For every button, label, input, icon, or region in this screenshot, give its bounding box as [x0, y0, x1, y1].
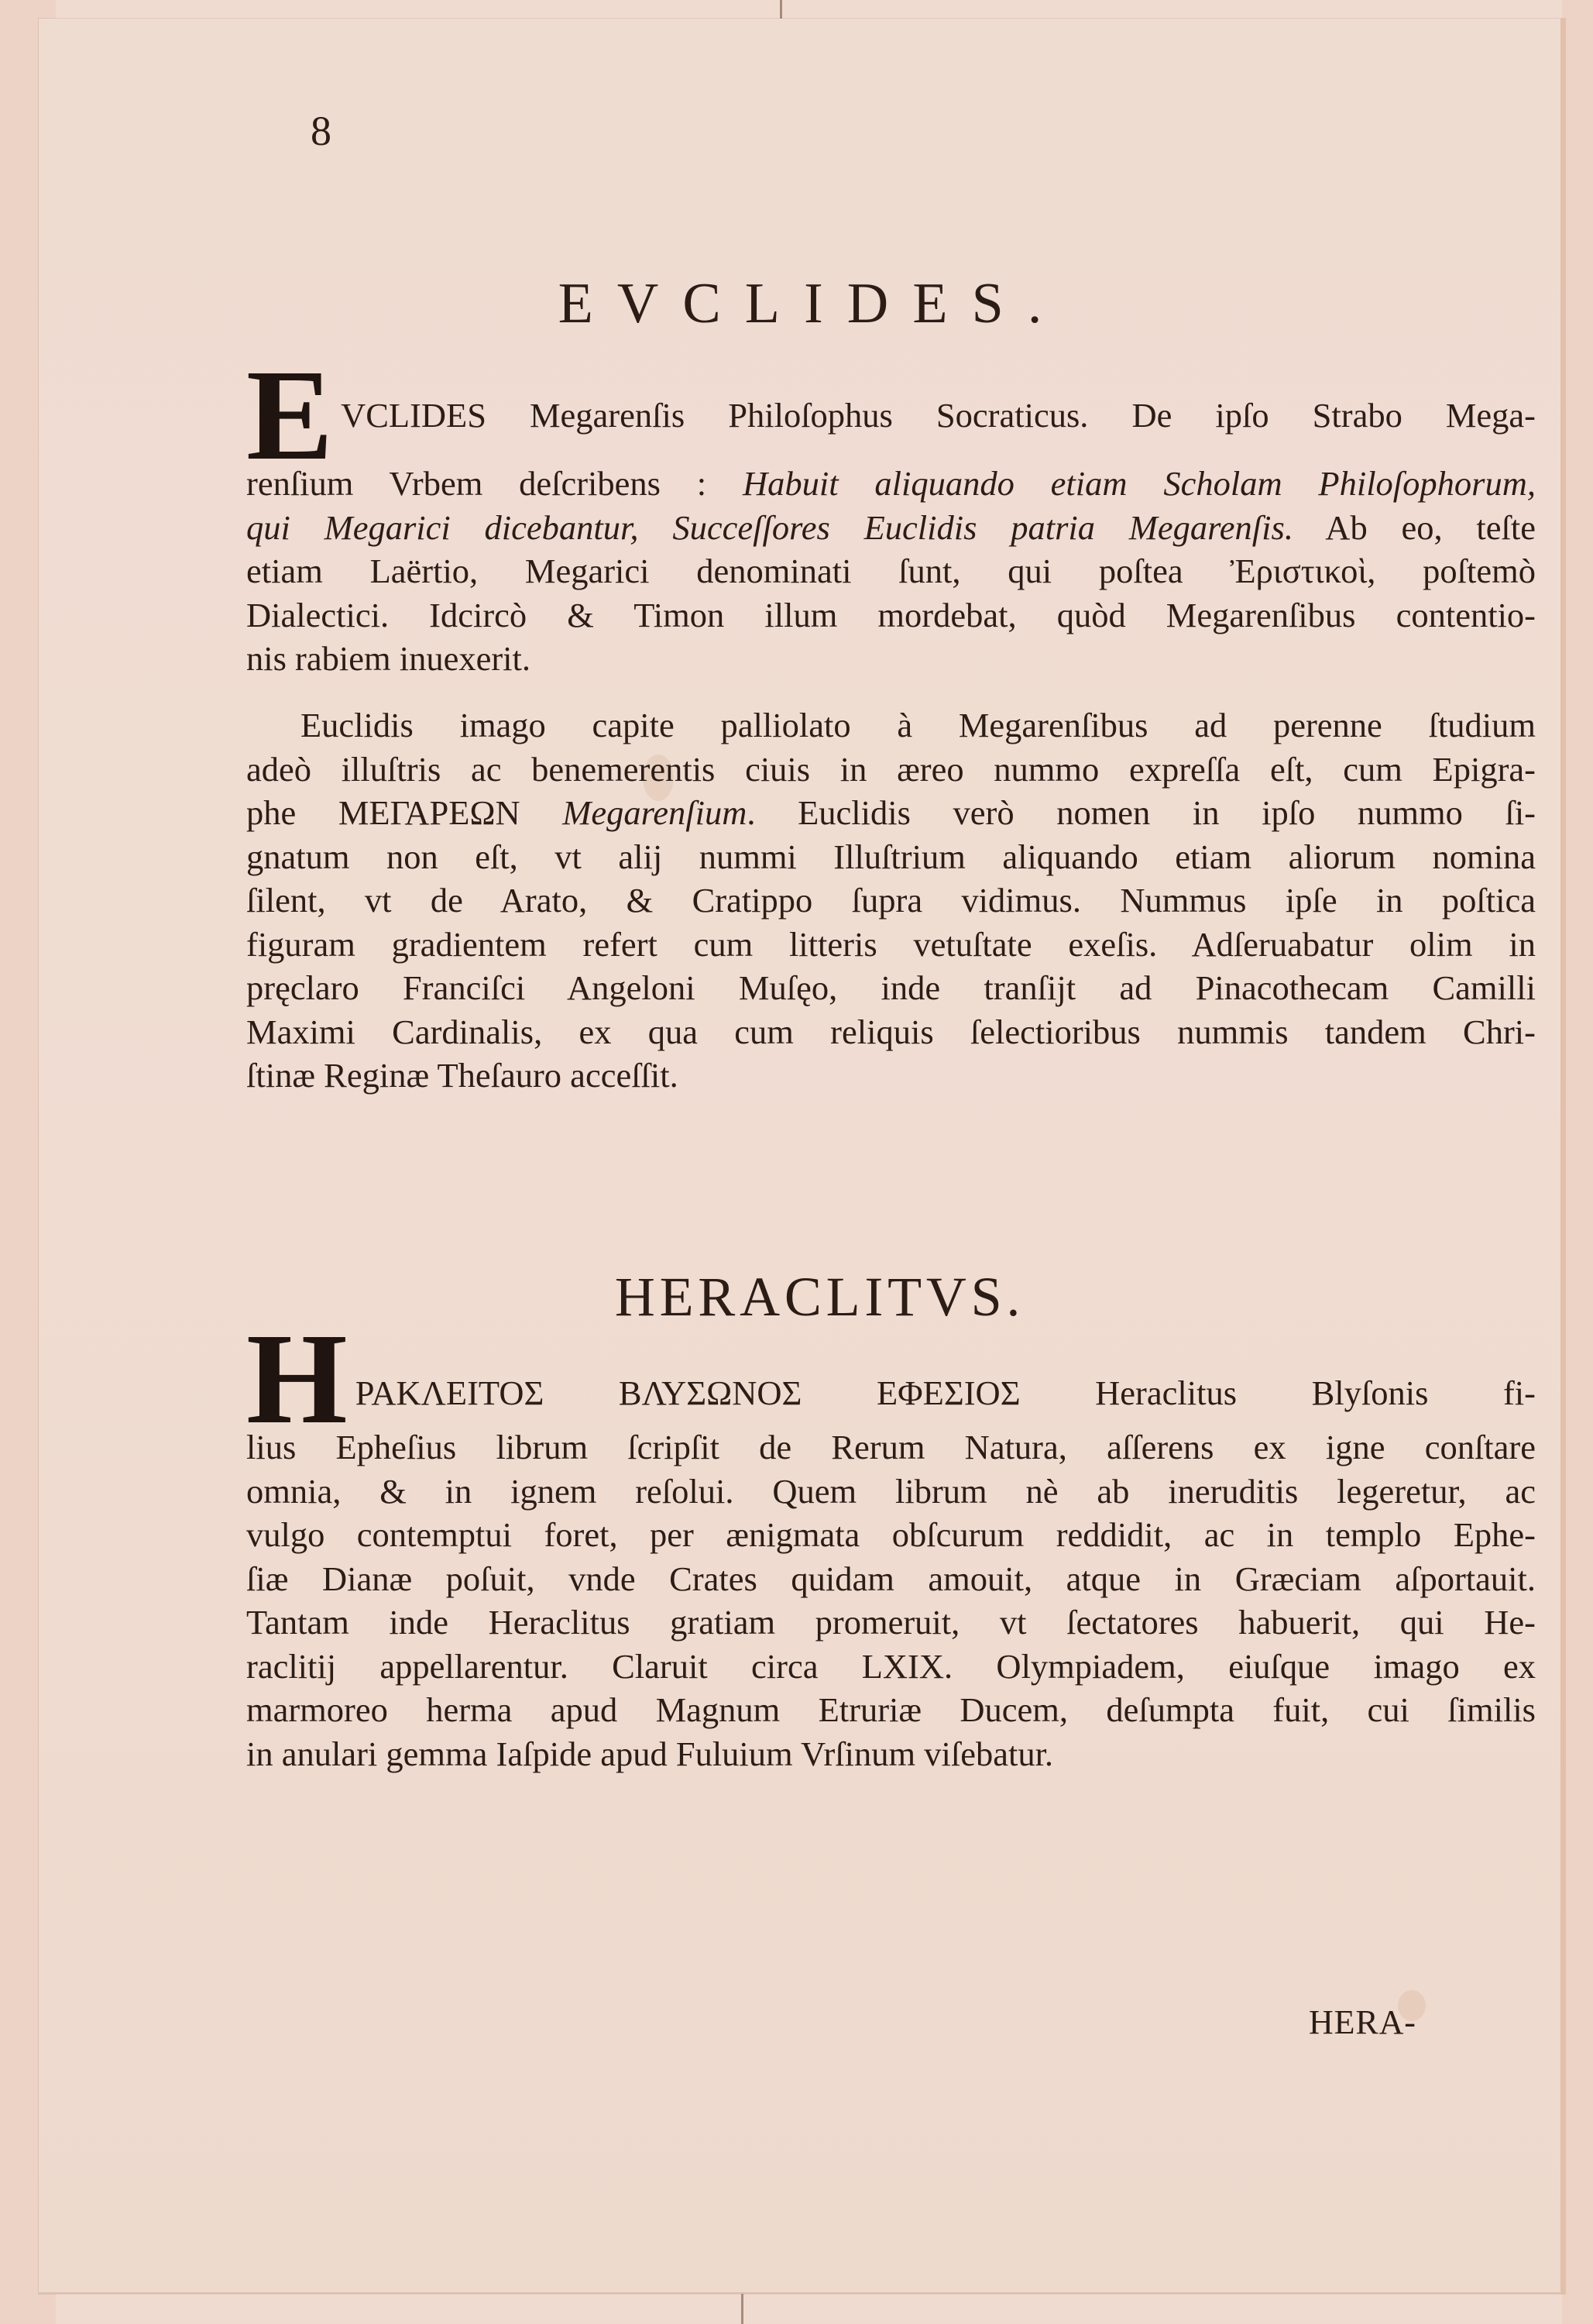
text-line: Maximi Cardinalis, ex qua cum reliquis ſ…	[246, 1010, 1536, 1054]
text-line: in anulari gemma Iaſpide apud Fuluium Vr…	[246, 1732, 1536, 1776]
text-line: Tantam inde Heraclitus gratiam promeruit…	[246, 1600, 1536, 1645]
text-line: ſtinæ Reginæ Theſauro acceſſit.	[246, 1054, 1536, 1098]
section-title-heraclitus: HERACLITVS.	[0, 1269, 1593, 1325]
binding-mark-top	[780, 0, 782, 20]
text-segment: phe ΜΕΓΑΡΕΩΝ	[246, 793, 562, 832]
drop-cap-e: E	[246, 369, 333, 462]
euclides-paragraph-2: Euclidis imago capite palliolato à Megar…	[246, 703, 1536, 1098]
page-number: 8	[311, 110, 331, 152]
text-segment: Ab eo, teſte	[1293, 508, 1536, 547]
text-line: VCLIDES Megarenſis Philoſophus Socraticu…	[246, 363, 1536, 438]
text-segment: renſium Vrbem deſcribens :	[246, 464, 743, 503]
text-line: phe ΜΕΓΑΡΕΩΝ Megarenſium. Euclidis verò …	[246, 791, 1536, 835]
text-line: pręclaro Franciſci Angeloni Muſęo, inde …	[246, 966, 1536, 1010]
text-line: marmoreo herma apud Magnum Etruriæ Ducem…	[246, 1688, 1536, 1732]
italic-word: Megarenſium	[562, 793, 747, 832]
section-title-euclides: EVCLIDES.	[0, 275, 1593, 332]
heraclitus-paragraph: H ΡΑΚΛΕΙΤΟΣ ΒΛΥΣΩΝΟΣ ΕΦΕΣΙΟΣ Heraclitus …	[246, 1326, 1536, 1776]
text-line: qui Megarici dicebantur, Succeſſores Euc…	[246, 506, 1536, 550]
text-line: renſium Vrbem deſcribens : Habuit aliqua…	[246, 462, 1536, 506]
text-segment: . Euclidis verò nomen in ipſo nummo ſi-	[747, 793, 1536, 832]
text-line: vulgo contemptui foret, per ænigmata obſ…	[246, 1513, 1536, 1557]
text-line: ſiæ Dianæ poſuit, vnde Crates quidam amo…	[246, 1557, 1536, 1601]
drop-cap-h: H	[246, 1332, 348, 1425]
binding-mark-bottom	[741, 2293, 743, 2324]
text-line: Euclidis imago capite palliolato à Megar…	[246, 703, 1536, 748]
italic-quotation: qui Megarici dicebantur, Succeſſores Euc…	[246, 508, 1293, 547]
text-line: lius Epheſius librum ſcripſit de Rerum N…	[246, 1425, 1536, 1470]
text-line: adeò illuſtris ac benemerentis ciuis in …	[246, 748, 1536, 792]
text-line: Dialectici. Idcircò & Timon illum mordeb…	[246, 593, 1536, 638]
text-line: nis rabiem inuexerit.	[246, 637, 1536, 681]
text-line: omnia, & in ignem reſolui. Quem librum n…	[246, 1470, 1536, 1514]
italic-quotation: Habuit aliquando etiam Scholam Philoſoph…	[743, 464, 1536, 503]
text-line: etiam Laërtio, Megarici denominati ſunt,…	[246, 549, 1536, 593]
text-line: ſilent, vt de Arato, & Cratippo ſupra vi…	[246, 878, 1536, 923]
text-line: figuram gradientem refert cum litteris v…	[246, 923, 1536, 967]
text-line: gnatum non eſt, vt alij nummi Illuſtrium…	[246, 835, 1536, 879]
text-line: ΡΑΚΛΕΙΤΟΣ ΒΛΥΣΩΝΟΣ ΕΦΕΣΙΟΣ Heraclitus Bl…	[246, 1326, 1536, 1415]
text-line: raclitij appellarentur. Claruit circa LX…	[246, 1645, 1536, 1689]
euclides-paragraph-1: E VCLIDES Megarenſis Philoſophus Socrati…	[246, 363, 1536, 681]
catchword: HERA-	[1309, 2003, 1416, 2042]
